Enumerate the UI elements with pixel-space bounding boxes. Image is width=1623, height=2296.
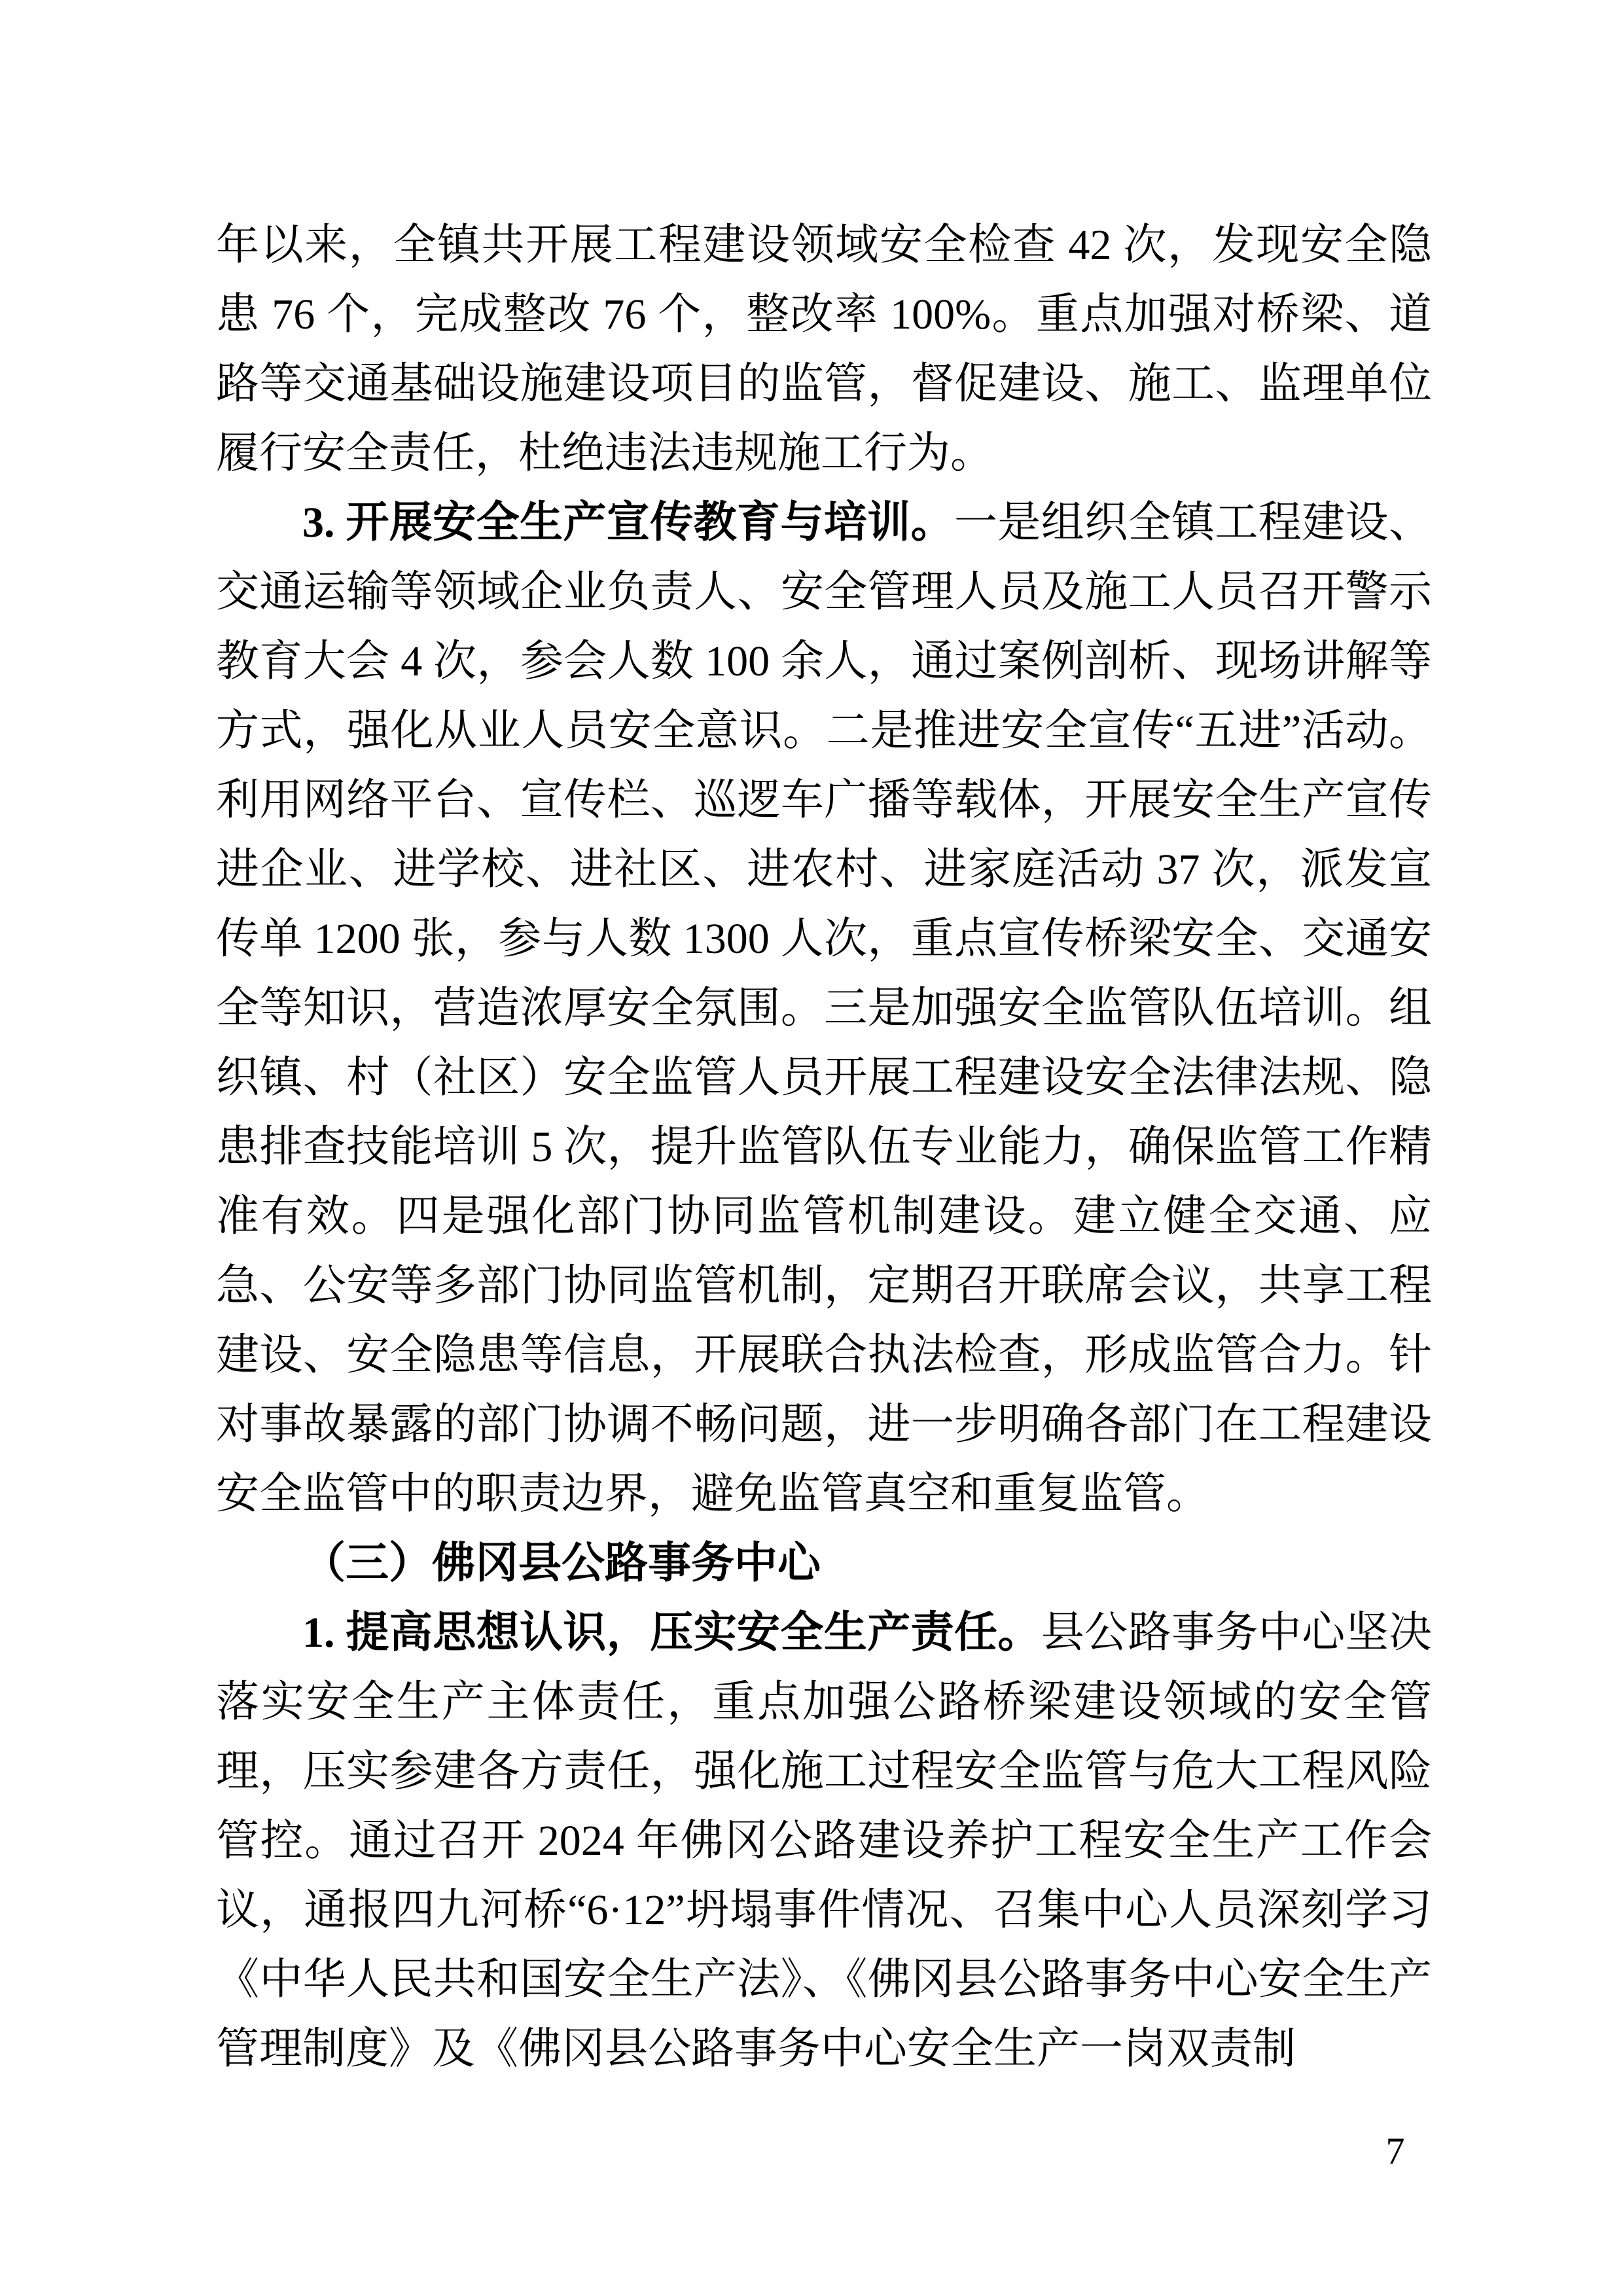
heading-section-3: （三）佛冈县公路事务中心 xyxy=(216,1529,1432,1598)
page-number: 7 xyxy=(1376,2132,1415,2170)
para-item-3: 3. 开展安全生产宣传教育与培训。一是组织全镇工程建设、交通运输等领域企业负责人… xyxy=(216,488,1432,1529)
bold-lead-segment: （三）佛冈县公路事务中心 xyxy=(302,1539,821,1587)
document-body: 年以来，全镇共开展工程建设领域安全检查 42 次，发现安全隐患 76 个，完成整… xyxy=(216,211,1432,2084)
text-segment: 年以来，全镇共开展工程建设领域安全检查 42 次，发现安全隐患 76 个，完成整… xyxy=(216,221,1432,477)
text-segment: 一是组织全镇工程建设、交通运输等领域企业负责人、安全管理人员及施工人员召开警示教… xyxy=(216,499,1432,1518)
para-continuation: 年以来，全镇共开展工程建设领域安全检查 42 次，发现安全隐患 76 个，完成整… xyxy=(216,211,1432,488)
para-item-1: 1. 提高思想认识，压实安全生产责任。县公路事务中心坚决落实安全生产主体责任，重… xyxy=(216,1598,1432,2084)
bold-lead-segment: 1. 提高思想认识，压实安全生产责任。 xyxy=(302,1609,1041,1657)
text-segment: 县公路事务中心坚决落实安全生产主体责任，重点加强公路桥梁建设领域的安全管理，压实… xyxy=(216,1609,1432,2073)
bold-lead-segment: 3. 开展安全生产宣传教育与培训。 xyxy=(302,499,954,547)
document-page: 年以来，全镇共开展工程建设领域安全检查 42 次，发现安全隐患 76 个，完成整… xyxy=(0,0,1623,2296)
